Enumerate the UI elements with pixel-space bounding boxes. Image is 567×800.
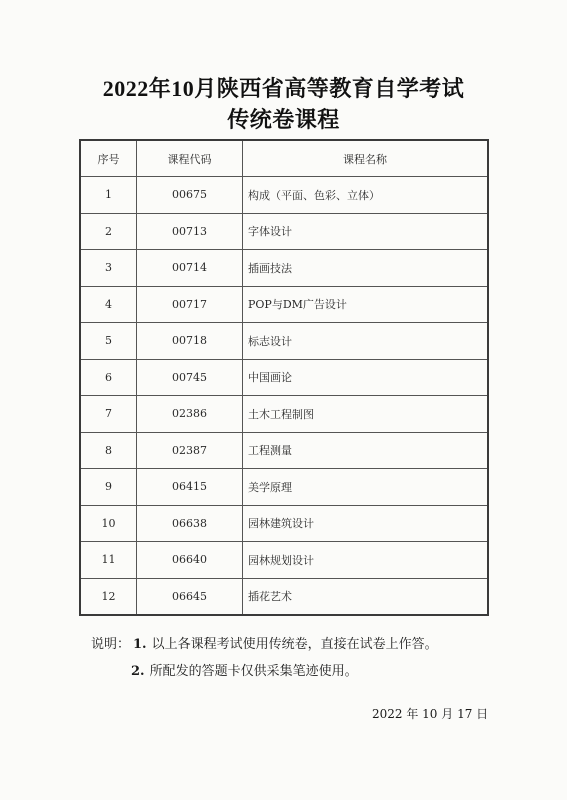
- note-number: 2.: [131, 664, 145, 679]
- course-code: 06638: [137, 505, 243, 542]
- course-name: 园林规划设计: [243, 542, 489, 579]
- course-name: 土木工程制图: [243, 396, 489, 433]
- header-serial-number: 序号: [80, 140, 137, 177]
- notes-section: 说明：1.以上各课程考试使用传统卷，直接在试卷上作答。 2.所配发的答题卡仅供采…: [91, 631, 438, 685]
- table-row: 200713字体设计: [80, 213, 488, 250]
- document-title-line1: 2022年10月陕西省高等教育自学考试: [0, 72, 567, 103]
- table-row: 1006638园林建筑设计: [80, 505, 488, 542]
- table-header-row: 序号 课程代码 课程名称: [80, 140, 488, 177]
- course-code: 00713: [137, 213, 243, 250]
- course-name: 构成（平面、色彩、立体）: [243, 177, 489, 214]
- serial-number: 1: [80, 177, 137, 214]
- notes-label: 说明：: [91, 637, 130, 652]
- serial-number: 2: [80, 213, 137, 250]
- serial-number: 10: [80, 505, 137, 542]
- course-table: 序号 课程代码 课程名称 100675构成（平面、色彩、立体） 200713字体…: [79, 139, 489, 616]
- course-code: 02386: [137, 396, 243, 433]
- course-name: 插花艺术: [243, 578, 489, 615]
- note-text: 所配发的答题卡仅供采集笔迹使用。: [150, 664, 358, 679]
- serial-number: 4: [80, 286, 137, 323]
- note-number: 1.: [133, 637, 147, 652]
- table-row: 1106640园林规划设计: [80, 542, 488, 579]
- table-row: 906415美学原理: [80, 469, 488, 506]
- document-date: 2022 年 10 月 17 日: [372, 705, 488, 722]
- table-row: 300714插画技法: [80, 250, 488, 287]
- document-title-line2: 传统卷课程: [0, 103, 567, 134]
- course-code: 00675: [137, 177, 243, 214]
- course-name: 插画技法: [243, 250, 489, 287]
- table-row: 802387工程测量: [80, 432, 488, 469]
- table-row: 1206645插花艺术: [80, 578, 488, 615]
- serial-number: 12: [80, 578, 137, 615]
- serial-number: 11: [80, 542, 137, 579]
- table-row: 400717POP与DM广告设计: [80, 286, 488, 323]
- header-course-code: 课程代码: [137, 140, 243, 177]
- table-row: 100675构成（平面、色彩、立体）: [80, 177, 488, 214]
- course-name: 美学原理: [243, 469, 489, 506]
- course-code: 00714: [137, 250, 243, 287]
- course-code: 02387: [137, 432, 243, 469]
- header-course-name: 课程名称: [243, 140, 489, 177]
- note-item-1: 说明：1.以上各课程考试使用传统卷，直接在试卷上作答。: [91, 631, 438, 658]
- table-row: 600745中国画论: [80, 359, 488, 396]
- serial-number: 6: [80, 359, 137, 396]
- course-name: 中国画论: [243, 359, 489, 396]
- note-item-2: 2.所配发的答题卡仅供采集笔迹使用。: [91, 658, 438, 685]
- course-code: 00745: [137, 359, 243, 396]
- course-name: 工程测量: [243, 432, 489, 469]
- course-name: 标志设计: [243, 323, 489, 360]
- course-code: 06645: [137, 578, 243, 615]
- serial-number: 5: [80, 323, 137, 360]
- serial-number: 7: [80, 396, 137, 433]
- table-row: 702386土木工程制图: [80, 396, 488, 433]
- serial-number: 8: [80, 432, 137, 469]
- course-name: POP与DM广告设计: [243, 286, 489, 323]
- serial-number: 9: [80, 469, 137, 506]
- serial-number: 3: [80, 250, 137, 287]
- table-row: 500718标志设计: [80, 323, 488, 360]
- course-name: 字体设计: [243, 213, 489, 250]
- course-code: 00718: [137, 323, 243, 360]
- note-text: 以上各课程考试使用传统卷，直接在试卷上作答。: [152, 637, 438, 652]
- course-code: 06415: [137, 469, 243, 506]
- course-code: 00717: [137, 286, 243, 323]
- course-name: 园林建筑设计: [243, 505, 489, 542]
- course-code: 06640: [137, 542, 243, 579]
